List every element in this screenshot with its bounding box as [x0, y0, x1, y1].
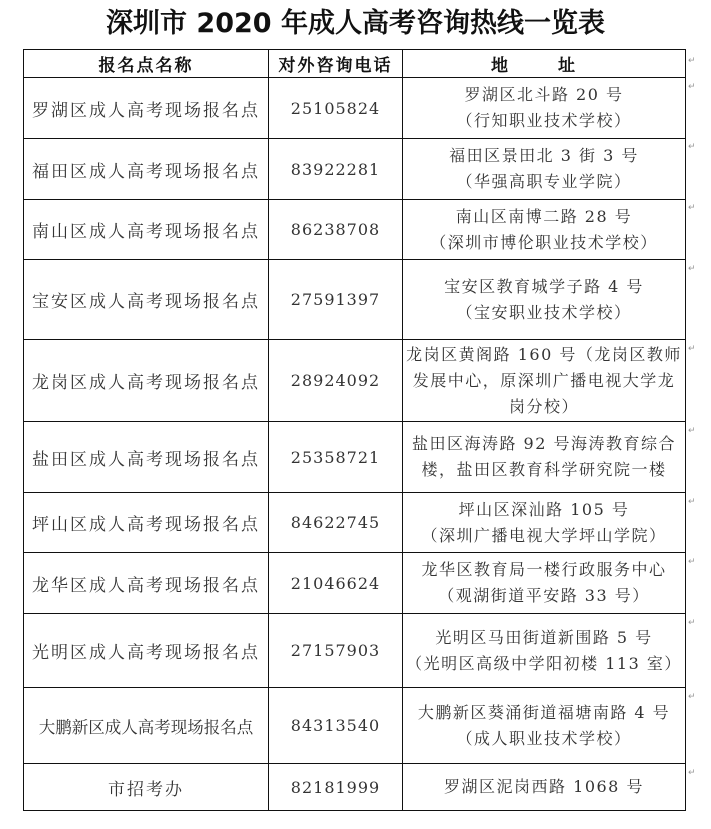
phone-number: 25105824: [269, 78, 403, 139]
address-line: 龙岗区黄阁路 160 号（龙岗区教师: [405, 342, 683, 368]
registration-point-name: 光明区成人高考现场报名点: [24, 614, 269, 688]
address-line: 龙华区教育局一楼行政服务中心: [405, 557, 683, 583]
registration-point-name: 大鹏新区成人高考现场报名点: [24, 688, 269, 764]
address-line: 岗分校）: [405, 394, 683, 420]
table-row: 龙华区成人高考现场报名点 21046624 龙华区教育局一楼行政服务中心 （观湖…: [24, 553, 686, 614]
phone-number: 21046624: [269, 553, 403, 614]
address-cell: 南山区南博二路 28 号 （深圳市博伦职业技术学校）: [403, 200, 686, 260]
address-line: 光明区马田街道新围路 5 号: [405, 625, 683, 651]
registration-point-name: 坪山区成人高考现场报名点: [24, 493, 269, 553]
table-row: 市招考办 82181999 罗湖区泥岗西路 1068 号: [24, 764, 686, 811]
paragraph-mark-icon: ↵: [688, 264, 696, 274]
table-row: 盐田区成人高考现场报名点 25358721 盐田区海涛路 92 号海涛教育综合 …: [24, 422, 686, 493]
table-row: 宝安区成人高考现场报名点 27591397 宝安区教育城学子路 4 号 （宝安职…: [24, 260, 686, 340]
table-row: 福田区成人高考现场报名点 83922281 福田区景田北 3 街 3 号 （华强…: [24, 139, 686, 200]
paragraph-mark-icon: ↵: [688, 203, 696, 213]
column-header-address: 地 址: [403, 50, 686, 78]
address-cell: 罗湖区北斗路 20 号 （行知职业技术学校）: [403, 78, 686, 139]
address-cell: 福田区景田北 3 街 3 号 （华强高职专业学院）: [403, 139, 686, 200]
hotline-table: 报名点名称 对外咨询电话 地 址 罗湖区成人高考现场报名点 25105824 罗…: [23, 49, 686, 811]
registration-point-name: 福田区成人高考现场报名点: [24, 139, 269, 200]
address-cell: 龙华区教育局一楼行政服务中心 （观湖街道平安路 33 号）: [403, 553, 686, 614]
phone-number: 82181999: [269, 764, 403, 811]
paragraph-mark-icon: ↵: [688, 142, 696, 152]
registration-point-name: 盐田区成人高考现场报名点: [24, 422, 269, 493]
phone-number: 27591397: [269, 260, 403, 340]
address-cell: 坪山区深汕路 105 号 （深圳广播电视大学坪山学院）: [403, 493, 686, 553]
address-line: 罗湖区北斗路 20 号: [405, 82, 683, 108]
paragraph-mark-icon: ↵: [688, 344, 696, 354]
table-row: 大鹏新区成人高考现场报名点 84313540 大鹏新区葵涌街道福塘南路 4 号 …: [24, 688, 686, 764]
address-line: （行知职业技术学校）: [405, 108, 683, 134]
paragraph-mark-icon: ↵: [688, 768, 696, 778]
address-line: 宝安区教育城学子路 4 号: [405, 274, 683, 300]
address-line: 南山区南博二路 28 号: [405, 204, 683, 230]
phone-number: 25358721: [269, 422, 403, 493]
page-title: 深圳市 2020 年成人高考咨询热线一览表: [0, 4, 711, 44]
phone-number: 83922281: [269, 139, 403, 200]
address-line: 福田区景田北 3 街 3 号: [405, 143, 683, 169]
registration-point-name: 宝安区成人高考现场报名点: [24, 260, 269, 340]
table-row: 罗湖区成人高考现场报名点 25105824 罗湖区北斗路 20 号 （行知职业技…: [24, 78, 686, 139]
table-row: 龙岗区成人高考现场报名点 28924092 龙岗区黄阁路 160 号（龙岗区教师…: [24, 340, 686, 422]
paragraph-mark-icon: ↵: [688, 692, 696, 702]
paragraph-mark-icon: ↵: [688, 497, 696, 507]
paragraph-mark-icon: ↵: [688, 557, 696, 567]
address-line: 坪山区深汕路 105 号: [405, 497, 683, 523]
address-line: （深圳广播电视大学坪山学院）: [405, 523, 683, 549]
address-line: （宝安职业技术学校）: [405, 300, 683, 326]
phone-number: 84622745: [269, 493, 403, 553]
registration-point-name: 罗湖区成人高考现场报名点: [24, 78, 269, 139]
address-line: 大鹏新区葵涌街道福塘南路 4 号: [405, 700, 683, 726]
paragraph-mark-icon: ↵: [688, 56, 696, 66]
address-line: 盐田区海涛路 92 号海涛教育综合: [405, 431, 683, 457]
address-cell: 罗湖区泥岗西路 1068 号: [403, 764, 686, 811]
table-row: 坪山区成人高考现场报名点 84622745 坪山区深汕路 105 号 （深圳广播…: [24, 493, 686, 553]
phone-number: 84313540: [269, 688, 403, 764]
address-line: 罗湖区泥岗西路 1068 号: [405, 774, 683, 800]
registration-point-name: 龙岗区成人高考现场报名点: [24, 340, 269, 422]
address-line: 发展中心，原深圳广播电视大学龙: [405, 368, 683, 394]
address-line: （华强高职专业学院）: [405, 169, 683, 195]
address-line: （光明区高级中学阳初楼 113 室）: [405, 651, 683, 677]
registration-point-name: 南山区成人高考现场报名点: [24, 200, 269, 260]
table-row: 光明区成人高考现场报名点 27157903 光明区马田街道新围路 5 号 （光明…: [24, 614, 686, 688]
address-line: （深圳市博伦职业技术学校）: [405, 230, 683, 256]
phone-number: 86238708: [269, 200, 403, 260]
column-header-phone: 对外咨询电话: [269, 50, 403, 78]
table-row: 南山区成人高考现场报名点 86238708 南山区南博二路 28 号 （深圳市博…: [24, 200, 686, 260]
registration-point-name: 龙华区成人高考现场报名点: [24, 553, 269, 614]
address-cell: 大鹏新区葵涌街道福塘南路 4 号 （成人职业技术学校）: [403, 688, 686, 764]
address-line: （观湖街道平安路 33 号）: [405, 583, 683, 609]
address-cell: 宝安区教育城学子路 4 号 （宝安职业技术学校）: [403, 260, 686, 340]
paragraph-mark-icon: ↵: [688, 426, 696, 436]
column-header-name: 报名点名称: [24, 50, 269, 78]
table-header-row: 报名点名称 对外咨询电话 地 址: [24, 50, 686, 78]
phone-number: 28924092: [269, 340, 403, 422]
address-cell: 光明区马田街道新围路 5 号 （光明区高级中学阳初楼 113 室）: [403, 614, 686, 688]
address-cell: 龙岗区黄阁路 160 号（龙岗区教师 发展中心，原深圳广播电视大学龙 岗分校）: [403, 340, 686, 422]
address-line: 楼，盐田区教育科学研究院一楼: [405, 457, 683, 483]
paragraph-mark-icon: ↵: [688, 618, 696, 628]
address-cell: 盐田区海涛路 92 号海涛教育综合 楼，盐田区教育科学研究院一楼: [403, 422, 686, 493]
registration-point-name: 市招考办: [24, 764, 269, 811]
address-line: （成人职业技术学校）: [405, 726, 683, 752]
paragraph-mark-icon: ↵: [688, 82, 696, 92]
phone-number: 27157903: [269, 614, 403, 688]
